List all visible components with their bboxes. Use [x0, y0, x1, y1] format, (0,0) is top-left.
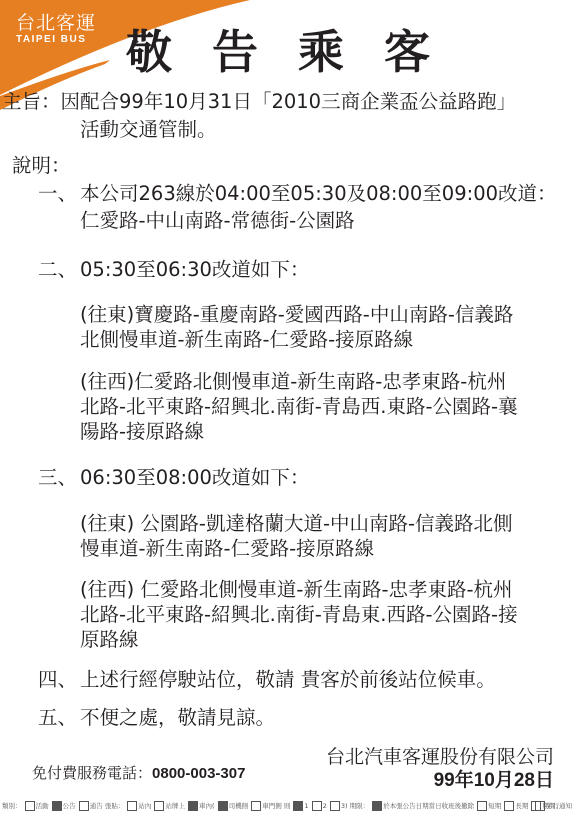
- explanation-label: 說明：: [12, 154, 71, 178]
- item-3-heading: 06:30至08:00改道如下：: [80, 466, 309, 490]
- checkbox-count-3[interactable]: [330, 801, 340, 811]
- item-1-marker: 一、: [38, 182, 77, 206]
- phone-number: 0800-003-307: [152, 765, 245, 782]
- subject-label: 主旨：: [2, 90, 61, 113]
- issue-date: 99年10月28日: [326, 769, 554, 793]
- checkbox-notify-separately[interactable]: [535, 801, 545, 811]
- item-4-text: 上述行經停駛站位，敬請 貴客於前後站位候車。: [80, 668, 496, 692]
- option-label: 站內: [138, 802, 151, 810]
- item-5-marker: 五、: [38, 706, 77, 730]
- option-label: 車內(: [199, 802, 215, 810]
- item-3-west-line-3: 原路線: [80, 628, 139, 652]
- phone-label: 免付費服務電話：: [32, 764, 152, 782]
- item-3-west-line-1: (往西) 仁愛路北側慢車道-新生南路-忠孝東路-杭州: [80, 578, 513, 602]
- item-3-east-line-2: 慢車道-新生南路-仁愛路-接原路線: [80, 537, 374, 561]
- checkbox-count-1[interactable]: [293, 801, 303, 811]
- subject-line-1: 主旨：因配合99年10月31日「2010三商企業盃公益路跑」: [2, 90, 516, 114]
- posting-form-row: 類別： 活動 公告 通告 張貼： 站內 站牌上 車內( 司機側 車門側 則 1 …: [2, 801, 562, 811]
- count-label: 則: [284, 802, 291, 810]
- checkbox-on-stop-sign[interactable]: [154, 801, 164, 811]
- brand-name-zh: 台北客運: [16, 12, 96, 34]
- option-label: 車門側: [262, 802, 282, 810]
- checkbox-short-term[interactable]: [477, 801, 487, 811]
- item-3-east-line-1: (往東) 公園路-凱達格蘭大道-中山南路-信義路北側: [80, 512, 513, 536]
- page-title: 敬告乘客: [126, 26, 470, 78]
- item-2-heading: 05:30至06:30改道如下：: [80, 258, 309, 282]
- item-2-east-line-1: (往東)寶慶路-重慶南路-愛國西路-中山南路-信義路: [80, 303, 513, 327]
- option-label: 司機側: [229, 802, 249, 810]
- item-2-east-line-2: 北側慢車道-新生南路-仁愛路-接原路線: [80, 328, 413, 352]
- option-label: 短期: [488, 802, 501, 810]
- checkbox-long-term[interactable]: [504, 801, 514, 811]
- item-1-line-1: 本公司263線於04:00至05:30及08:00至09:00改道：: [80, 182, 557, 206]
- checkbox-driver-side[interactable]: [218, 801, 228, 811]
- checkbox-in-bus[interactable]: [188, 801, 198, 811]
- option-label: 公告: [63, 802, 76, 810]
- checkbox-in-station[interactable]: [127, 801, 137, 811]
- period-label: 期限：: [350, 802, 370, 810]
- option-label: 通告: [90, 802, 103, 810]
- subject-text: 因配合99年10月31日「2010三商企業盃公益路跑」: [61, 90, 517, 113]
- checkbox-remove-same-day[interactable]: [372, 801, 382, 811]
- checkbox-door-side[interactable]: [251, 801, 261, 811]
- item-4-marker: 四、: [38, 668, 77, 692]
- checkbox-announcement[interactable]: [52, 801, 62, 811]
- option-label: 1: [304, 802, 308, 810]
- service-phone: 免付費服務電話：0800-003-307: [32, 762, 245, 783]
- item-2-marker: 二、: [38, 258, 77, 282]
- notify-label: 另行通知: [546, 802, 572, 810]
- posting-label: 張貼：: [105, 802, 125, 810]
- option-label: 站牌上: [165, 802, 185, 810]
- option-label: 於本張公告日期當日收班後撤除: [383, 802, 474, 810]
- item-2-west-line-3: 陽路-接原路線: [80, 420, 204, 444]
- option-label: 長期: [515, 802, 528, 810]
- category-label: 類別：: [2, 802, 22, 810]
- item-1-line-2: 仁愛路-中山南路-常德街-公園路: [80, 209, 355, 233]
- checkbox-activity[interactable]: [25, 801, 35, 811]
- item-5-text: 不便之處，敬請見諒。: [80, 706, 275, 730]
- option-label: 2: [323, 802, 327, 810]
- item-2-west-line-1: (往西)仁愛路北側慢車道-新生南路-忠孝東路-杭州: [80, 370, 506, 394]
- brand-name-en: TAIPEI BUS: [16, 34, 96, 46]
- company-name: 台北汽車客運股份有限公司: [326, 745, 554, 769]
- item-2-west-line-2: 北路-北平東路-紹興北.南街-青島西.東路-公園路-襄: [80, 395, 518, 419]
- notify-option: 另行通知: [534, 801, 572, 811]
- checkbox-count-2[interactable]: [312, 801, 322, 811]
- brand-logo: 台北客運 TAIPEI BUS: [16, 12, 96, 46]
- issuer-block: 台北汽車客運股份有限公司 99年10月28日: [326, 745, 554, 793]
- subject-line-2: 活動交通管制。: [80, 118, 217, 142]
- option-label: 活動: [36, 802, 49, 810]
- item-3-marker: 三、: [38, 466, 77, 490]
- checkbox-notice[interactable]: [79, 801, 89, 811]
- item-3-west-line-2: 北路-北平東路-紹興北.南街-青島東.西路-公園路-接: [80, 603, 518, 627]
- option-label: 3): [341, 802, 348, 810]
